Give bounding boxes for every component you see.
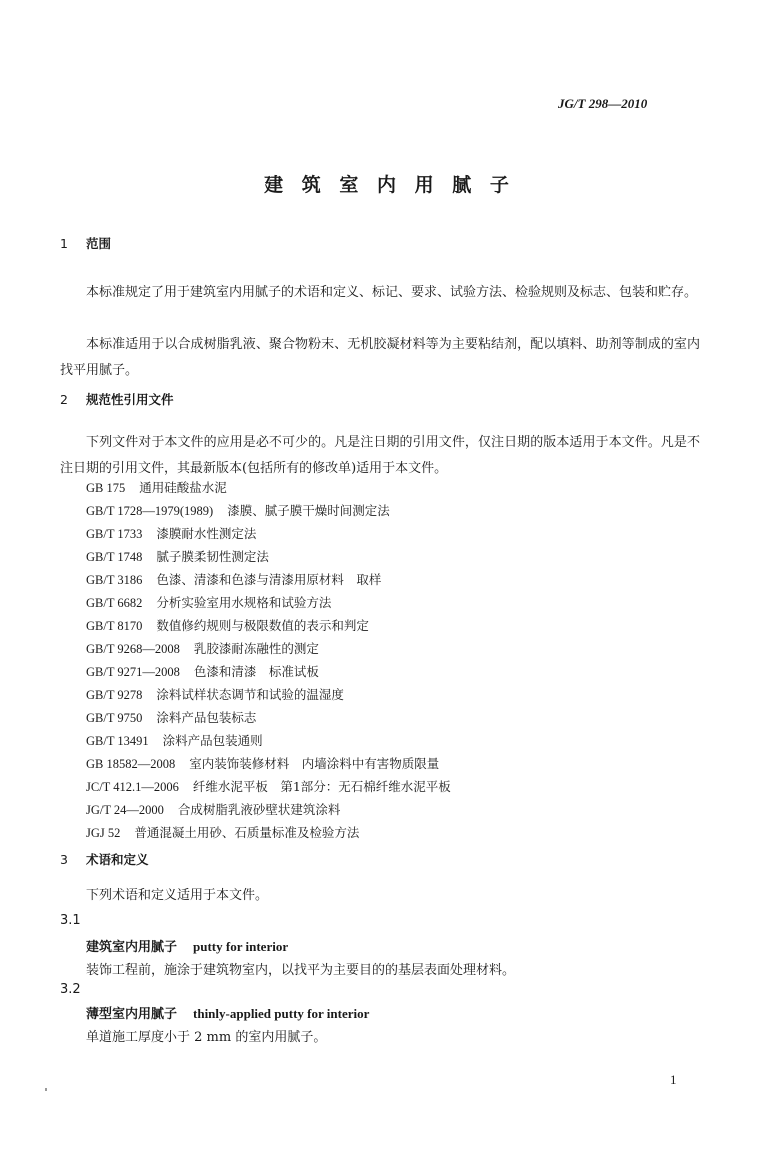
reference-code: GB/T 1748 bbox=[86, 546, 142, 569]
term-chinese: 薄型室内用腻子 bbox=[86, 1007, 177, 1022]
reference-title: 色漆、清漆和色漆与清漆用原材料 取样 bbox=[156, 572, 381, 587]
term-english: thinly-applied putty for interior bbox=[193, 1006, 369, 1021]
reference-code: GB/T 3186 bbox=[86, 569, 142, 592]
reference-code: GB/T 9750 bbox=[86, 707, 142, 730]
reference-title: 分析实验室用水规格和试验方法 bbox=[156, 595, 331, 610]
section-2-paragraph-1: 下列文件对于本文件的应用是必不可少的。凡是注日期的引用文件，仅注日期的版本适用于… bbox=[60, 430, 700, 482]
term-definition: 单道施工厚度小于 2 mm 的室内用腻子。 bbox=[86, 1026, 326, 1045]
reference-item: GB 18582—2008室内装饰装修材料 内墙涂料中有害物质限量 bbox=[86, 752, 439, 776]
reference-title: 通用硅酸盐水泥 bbox=[139, 480, 227, 495]
reference-title: 合成树脂乳液砂壁状建筑涂料 bbox=[178, 802, 341, 817]
section-1-paragraph-1: 本标准规定了用于建筑室内用腻子的术语和定义、标记、要求、试验方法、检验规则及标志… bbox=[60, 280, 700, 306]
reference-code: GB 175 bbox=[86, 477, 125, 500]
reference-item: GB/T 9750涂料产品包装标志 bbox=[86, 706, 256, 730]
section-3-paragraph-1: 下列术语和定义适用于本文件。 bbox=[60, 883, 700, 909]
section-3-heading: 3术语和定义 bbox=[60, 850, 149, 868]
reference-title: 数值修约规则与极限数值的表示和判定 bbox=[156, 618, 369, 633]
reference-code: GB/T 6682 bbox=[86, 592, 142, 615]
reference-item: JGJ 52普通混凝土用砂、石质量标准及检验方法 bbox=[86, 821, 359, 845]
section-title: 术语和定义 bbox=[86, 852, 149, 867]
reference-code: GB/T 8170 bbox=[86, 615, 142, 638]
reference-item: GB/T 1728—1979(1989)漆膜、腻子膜干燥时间测定法 bbox=[86, 499, 390, 523]
section-number: 3 bbox=[60, 852, 86, 867]
standard-code: JG/T 298—2010 bbox=[558, 96, 647, 112]
term-heading: 建筑室内用腻子putty for interior bbox=[86, 936, 288, 955]
reference-code: JC/T 412.1—2006 bbox=[86, 776, 179, 799]
reference-title: 腻子膜柔韧性测定法 bbox=[156, 549, 269, 564]
reference-title: 室内装饰装修材料 内墙涂料中有害物质限量 bbox=[189, 756, 439, 771]
reference-title: 涂料产品包装通则 bbox=[163, 733, 263, 748]
section-title: 范围 bbox=[86, 236, 111, 251]
reference-code: GB/T 1733 bbox=[86, 523, 142, 546]
reference-item: GB/T 1733漆膜耐水性测定法 bbox=[86, 522, 256, 546]
reference-title: 色漆和清漆 标准试板 bbox=[194, 664, 319, 679]
reference-item: GB/T 9268—2008乳胶漆耐冻融性的测定 bbox=[86, 637, 319, 661]
section-2-heading: 2规范性引用文件 bbox=[60, 390, 174, 408]
clause-number: 3.1 bbox=[60, 913, 81, 928]
scan-artifact bbox=[45, 1088, 47, 1091]
section-title: 规范性引用文件 bbox=[86, 392, 174, 407]
reference-code: GB/T 13491 bbox=[86, 730, 149, 753]
section-number: 2 bbox=[60, 392, 86, 407]
reference-code: GB/T 9268—2008 bbox=[86, 638, 180, 661]
reference-code: GB/T 9278 bbox=[86, 684, 142, 707]
reference-code: GB/T 1728—1979(1989) bbox=[86, 500, 213, 523]
reference-title: 涂料产品包装标志 bbox=[156, 710, 256, 725]
reference-code: JGJ 52 bbox=[86, 822, 120, 845]
term-definition: 装饰工程前，施涂于建筑物室内，以找平为主要目的的基层表面处理材料。 bbox=[86, 959, 515, 978]
term-english: putty for interior bbox=[193, 939, 288, 954]
reference-item: JG/T 24—2000合成树脂乳液砂壁状建筑涂料 bbox=[86, 798, 340, 822]
reference-title: 乳胶漆耐冻融性的测定 bbox=[194, 641, 319, 656]
section-1-paragraph-2: 本标准适用于以合成树脂乳液、聚合物粉末、无机胶凝材料等为主要粘结剂，配以填料、助… bbox=[60, 332, 700, 384]
reference-item: GB/T 3186色漆、清漆和色漆与清漆用原材料 取样 bbox=[86, 568, 381, 592]
term-chinese: 建筑室内用腻子 bbox=[86, 940, 177, 955]
reference-code: GB/T 9271—2008 bbox=[86, 661, 180, 684]
reference-title: 漆膜、腻子膜干燥时间测定法 bbox=[227, 503, 390, 518]
page-number: 1 bbox=[670, 1072, 677, 1088]
reference-item: GB/T 6682分析实验室用水规格和试验方法 bbox=[86, 591, 331, 615]
reference-item: JC/T 412.1—2006纤维水泥平板 第1部分：无石棉纤维水泥平板 bbox=[86, 775, 451, 799]
reference-title: 普通混凝土用砂、石质量标准及检验方法 bbox=[134, 825, 359, 840]
reference-item: GB/T 9271—2008色漆和清漆 标准试板 bbox=[86, 660, 319, 684]
reference-title: 漆膜耐水性测定法 bbox=[156, 526, 256, 541]
reference-code: GB 18582—2008 bbox=[86, 753, 175, 776]
reference-item: GB/T 13491涂料产品包装通则 bbox=[86, 729, 263, 753]
section-number: 1 bbox=[60, 236, 86, 251]
section-1-heading: 1范围 bbox=[60, 234, 111, 252]
reference-title: 涂料试样状态调节和试验的温湿度 bbox=[156, 687, 344, 702]
reference-item: GB 175通用硅酸盐水泥 bbox=[86, 476, 227, 500]
reference-item: GB/T 1748腻子膜柔韧性测定法 bbox=[86, 545, 269, 569]
reference-title: 纤维水泥平板 第1部分：无石棉纤维水泥平板 bbox=[193, 779, 451, 794]
clause-number: 3.2 bbox=[60, 982, 81, 997]
document-title: 建 筑 室 内 用 腻 子 bbox=[0, 170, 779, 197]
reference-code: JG/T 24—2000 bbox=[86, 799, 164, 822]
term-heading: 薄型室内用腻子thinly-applied putty for interior bbox=[86, 1003, 369, 1022]
reference-item: GB/T 9278涂料试样状态调节和试验的温湿度 bbox=[86, 683, 344, 707]
reference-item: GB/T 8170数值修约规则与极限数值的表示和判定 bbox=[86, 614, 369, 638]
